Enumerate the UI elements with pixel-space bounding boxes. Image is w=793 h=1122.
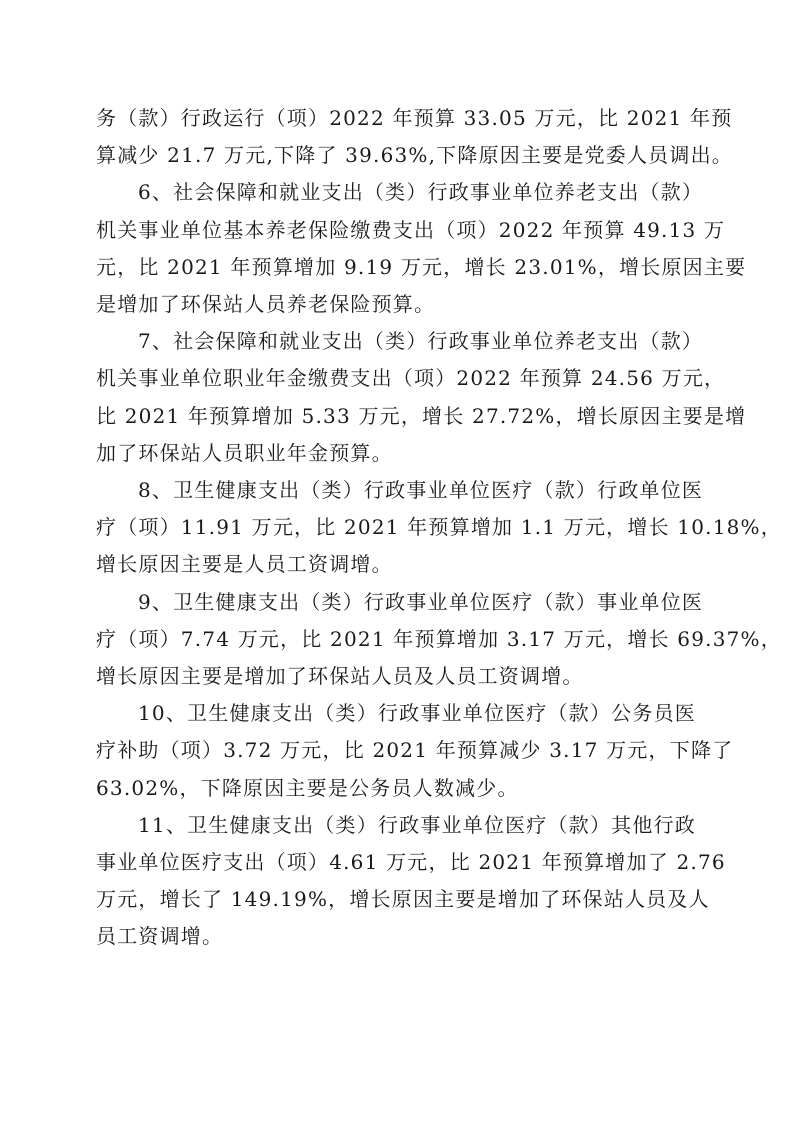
text-line: 增长原因主要是人员工资调增。	[96, 546, 696, 583]
text-line: 是增加了环保站人员养老保险预算。	[96, 286, 696, 323]
document-page: 务（款）行政运行（项）2022 年预算 33.05 万元，比 2021 年预 算…	[96, 100, 696, 956]
text-line: 8、卫生健康支出（类）行政事业单位医疗（款）行政单位医	[96, 472, 696, 509]
text-line: 加了环保站人员职业年金预算。	[96, 435, 696, 472]
text-line: 疗（项）11.91 万元，比 2021 年预算增加 1.1 万元，增长 10.1…	[96, 509, 696, 546]
text-line: 机关事业单位职业年金缴费支出（项）2022 年预算 24.56 万元，	[96, 360, 696, 397]
text-line: 6、社会保障和就业支出（类）行政事业单位养老支出（款）	[96, 174, 696, 211]
text-line: 比 2021 年预算增加 5.33 万元，增长 27.72%，增长原因主要是增	[96, 398, 696, 435]
text-line: 算减少 21.7 万元,下降了 39.63%,下降原因主要是党委人员调出。	[96, 137, 696, 174]
text-line: 增长原因主要是增加了环保站人员及人员工资调增。	[96, 658, 696, 695]
text-line: 事业单位医疗支出（项）4.61 万元，比 2021 年预算增加了 2.76	[96, 844, 696, 881]
text-line: 疗（项）7.74 万元，比 2021 年预算增加 3.17 万元，增长 69.3…	[96, 621, 696, 658]
paragraph-5-continuation: 务（款）行政运行（项）2022 年预算 33.05 万元，比 2021 年预 算…	[96, 100, 696, 174]
paragraph-item-10: 10、卫生健康支出（类）行政事业单位医疗（款）公务员医 疗补助（项）3.72 万…	[96, 695, 696, 807]
text-line: 机关事业单位基本养老保险缴费支出（项）2022 年预算 49.13 万	[96, 212, 696, 249]
text-line: 10、卫生健康支出（类）行政事业单位医疗（款）公务员医	[96, 695, 696, 732]
text-line: 员工资调增。	[96, 918, 696, 955]
text-line: 7、社会保障和就业支出（类）行政事业单位养老支出（款）	[96, 323, 696, 360]
paragraph-item-9: 9、卫生健康支出（类）行政事业单位医疗（款）事业单位医 疗（项）7.74 万元，…	[96, 584, 696, 696]
paragraph-item-7: 7、社会保障和就业支出（类）行政事业单位养老支出（款） 机关事业单位职业年金缴费…	[96, 323, 696, 472]
paragraph-item-11: 11、卫生健康支出（类）行政事业单位医疗（款）其他行政 事业单位医疗支出（项）4…	[96, 807, 696, 956]
text-line: 疗补助（项）3.72 万元，比 2021 年预算减少 3.17 万元，下降了	[96, 732, 696, 769]
text-line: 万元，增长了 149.19%，增长原因主要是增加了环保站人员及人	[96, 881, 696, 918]
paragraph-item-8: 8、卫生健康支出（类）行政事业单位医疗（款）行政单位医 疗（项）11.91 万元…	[96, 472, 696, 584]
text-line: 务（款）行政运行（项）2022 年预算 33.05 万元，比 2021 年预	[96, 100, 696, 137]
text-line: 9、卫生健康支出（类）行政事业单位医疗（款）事业单位医	[96, 584, 696, 621]
paragraph-item-6: 6、社会保障和就业支出（类）行政事业单位养老支出（款） 机关事业单位基本养老保险…	[96, 174, 696, 323]
text-line: 63.02%，下降原因主要是公务员人数减少。	[96, 770, 696, 807]
text-line: 11、卫生健康支出（类）行政事业单位医疗（款）其他行政	[96, 807, 696, 844]
text-line: 元，比 2021 年预算增加 9.19 万元，增长 23.01%，增长原因主要	[96, 249, 696, 286]
